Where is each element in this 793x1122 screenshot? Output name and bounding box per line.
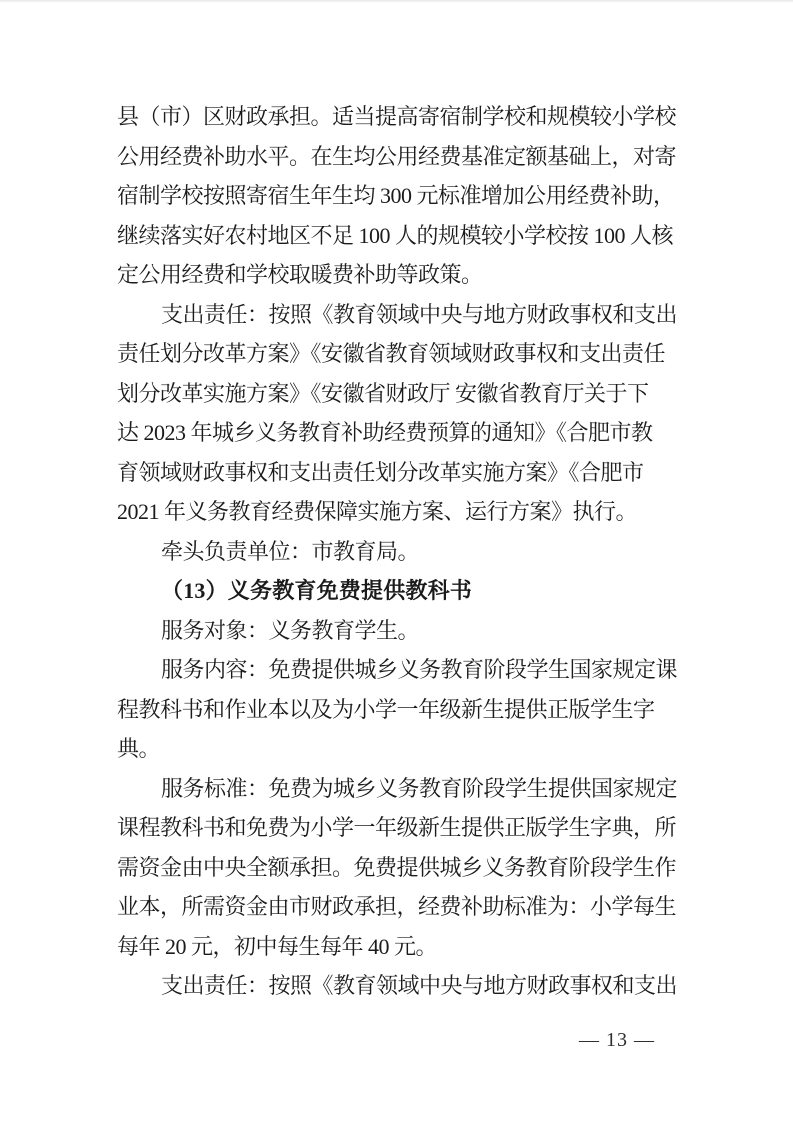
text-line: 程教科书和作业本以及为小学一年级新生提供正版学生字 (117, 690, 689, 730)
paragraph-lead-unit: 牵头负责单位：市教育局。 (117, 532, 689, 572)
text-line: 业本，所需资金由市财政承担，经费补助标准为：小学每生 (117, 887, 689, 927)
text-line: 服务标准：免费为城乡义务教育阶段学生提供国家规定 (117, 769, 689, 809)
scan-top-edge (0, 0, 793, 3)
text-line: 支出责任：按照《教育领域中央与地方财政事权和支出 (117, 966, 689, 1006)
text-line: 责任划分改革方案》《安徽省教育领域财政事权和支出责任 (117, 334, 689, 374)
text-line: 需资金由中央全额承担。免费提供城乡义务教育阶段学生作 (117, 848, 689, 888)
text-line: 每年 20 元，初中每生每年 40 元。 (117, 927, 689, 967)
paragraph-expenditure-responsibility-2: 支出责任：按照《教育领域中央与地方财政事权和支出 (117, 966, 689, 1006)
text-line: 2021 年义务教育经费保障实施方案、运行方案》执行。 (117, 492, 689, 532)
text-line: 达 2023 年城乡义务教育补助经费预算的通知》《合肥市教 (117, 413, 689, 453)
document-page: { "page": { "background_color": "#ffffff… (0, 0, 793, 1122)
paragraph-service-target: 服务对象：义务教育学生。 (117, 611, 689, 651)
text-line: 育领域财政事权和支出责任划分改革实施方案》《合肥市 (117, 453, 689, 493)
text-line: 服务对象：义务教育学生。 (117, 611, 689, 651)
text-line: 县（市）区财政承担。适当提高寄宿制学校和规模较小学校 (117, 97, 689, 137)
text-line: 公用经费补助水平。在生均公用经费基准定额基础上，对寄 (117, 137, 689, 177)
page-number: — 13 — (579, 1027, 655, 1053)
paragraph-service-standard: 服务标准：免费为城乡义务教育阶段学生提供国家规定课程教科书和免费为小学一年级新生… (117, 769, 689, 967)
text-line: 服务内容：免费提供城乡义务教育阶段学生国家规定课 (117, 650, 689, 690)
text-line: 支出责任：按照《教育领域中央与地方财政事权和支出 (117, 295, 689, 335)
text-line: （13）义务教育免费提供教科书 (117, 571, 689, 611)
text-line: 继续落实好农村地区不足 100 人的规模较小学校按 100 人核 (117, 216, 689, 256)
heading-item-13: （13）义务教育免费提供教科书 (117, 571, 689, 611)
text-line: 课程教科书和免费为小学一年级新生提供正版学生字典，所 (117, 808, 689, 848)
paragraph-public-funds-policy: 县（市）区财政承担。适当提高寄宿制学校和规模较小学校公用经费补助水平。在生均公用… (117, 97, 689, 295)
paragraph-service-content: 服务内容：免费提供城乡义务教育阶段学生国家规定课程教科书和作业本以及为小学一年级… (117, 650, 689, 769)
text-line: 典。 (117, 729, 689, 769)
text-line: 宿制学校按照寄宿生年生均 300 元标准增加公用经费补助， (117, 176, 689, 216)
document-body: 县（市）区财政承担。适当提高寄宿制学校和规模较小学校公用经费补助水平。在生均公用… (117, 97, 689, 1006)
text-line: 牵头负责单位：市教育局。 (117, 532, 689, 572)
text-line: 定公用经费和学校取暖费补助等政策。 (117, 255, 689, 295)
paragraph-expenditure-responsibility: 支出责任：按照《教育领域中央与地方财政事权和支出责任划分改革方案》《安徽省教育领… (117, 295, 689, 532)
text-line: 划分改革实施方案》《安徽省财政厅 安徽省教育厅关于下 (117, 374, 689, 414)
